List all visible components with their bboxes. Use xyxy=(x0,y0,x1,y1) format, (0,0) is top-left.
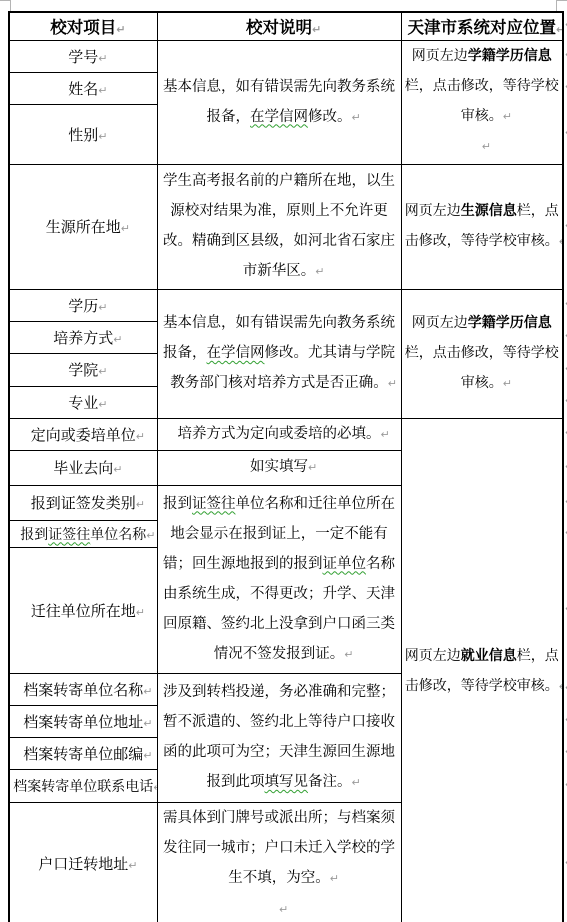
header-col-description: 校对说明↵ xyxy=(157,12,401,40)
header-col-item: 校对项目↵ xyxy=(9,12,157,40)
item-dispatch-cert-unit-name: 报到证签往单位名称↵ xyxy=(9,520,157,547)
loc-shengyuan-info: 网页左边生源信息栏，点击修改，等待学校审核。↵ xyxy=(401,164,563,289)
desc-academic-info: 基本信息，如有错误需先向教务系统报备，在学信网修改。尤其请与学院教务部门核对培养… xyxy=(157,289,401,418)
item-dispatch-cert-type: 报到证签发类别↵ xyxy=(9,485,157,520)
item-graduation-destination: 毕业去向↵ xyxy=(9,450,157,485)
item-name: 姓名↵ xyxy=(9,72,157,104)
item-relocation-unit-location: 迁往单位所在地↵ xyxy=(9,547,157,673)
desc-archive-forwarding: 涉及到转档投递，务必准确和完整；暂不派遣的、签约北上等待户口接收函的此项可为空；… xyxy=(157,673,401,802)
item-origin-place: 生源所在地↵ xyxy=(9,164,157,289)
item-hukou-transfer-address: 户口迁转地址↵ xyxy=(9,802,157,922)
desc-graduation-destination: 如实填写↵ xyxy=(157,450,401,485)
item-student-id: 学号↵ xyxy=(9,40,157,72)
header-col-system-location: 天津市系统对应位置↵ xyxy=(401,12,563,40)
desc-origin-place: 学生高考报名前的户籍所在地，以生源校对结果为准，原则上不允许更改。精确到区县级，… xyxy=(157,164,401,289)
item-major: 专业↵ xyxy=(9,386,157,418)
item-archive-unit-address: 档案转寄单位地址↵ xyxy=(9,705,157,737)
loc-xueji-xueli-info-2: 网页左边学籍学历信息栏，点击修改，等待学校审核。↵ xyxy=(401,289,563,418)
desc-targeted-unit: 培养方式为定向或委培的必填。↵ xyxy=(157,418,401,450)
text-boundary-corner-topleft xyxy=(0,0,11,11)
desc-dispatch-cert: 报到证签往单位名称和迁往单位所在地会显示在报到证上，一定不能有错；回生源地报到的… xyxy=(157,485,401,673)
item-gender: 性别↵ xyxy=(9,104,157,164)
text-boundary-corner-topright xyxy=(556,0,567,11)
desc-basic-info: 基本信息，如有错误需先向教务系统报备，在学信网修改。↵ xyxy=(157,40,401,164)
desc-hukou-transfer: 需具体到门牌号或派出所；与档案须发往同一城市；户口未迁入学校的学生不填，为空。↵… xyxy=(157,802,401,922)
item-degree: 学历↵ xyxy=(9,289,157,321)
item-college: 学院↵ xyxy=(9,353,157,386)
proofread-table: 校对项目↵ 校对说明↵ 天津市系统对应位置↵ 学号↵ 基本信息，如有错误需先向教… xyxy=(8,11,564,922)
item-targeted-unit: 定向或委培单位↵ xyxy=(9,418,157,450)
item-archive-unit-phone: 档案转寄单位联系电话↵ xyxy=(9,769,157,802)
loc-jiuye-info: 网页左边就业信息栏，点击修改，等待学校审核。↵ xyxy=(401,418,563,922)
item-archive-unit-zipcode: 档案转寄单位邮编↵ xyxy=(9,737,157,769)
item-archive-unit-name: 档案转寄单位名称↵ xyxy=(9,673,157,705)
item-training-mode: 培养方式↵ xyxy=(9,321,157,353)
loc-xueji-xueli-info-1: 网页左边学籍学历信息栏，点击修改，等待学校审核。↵↵ xyxy=(401,40,563,164)
